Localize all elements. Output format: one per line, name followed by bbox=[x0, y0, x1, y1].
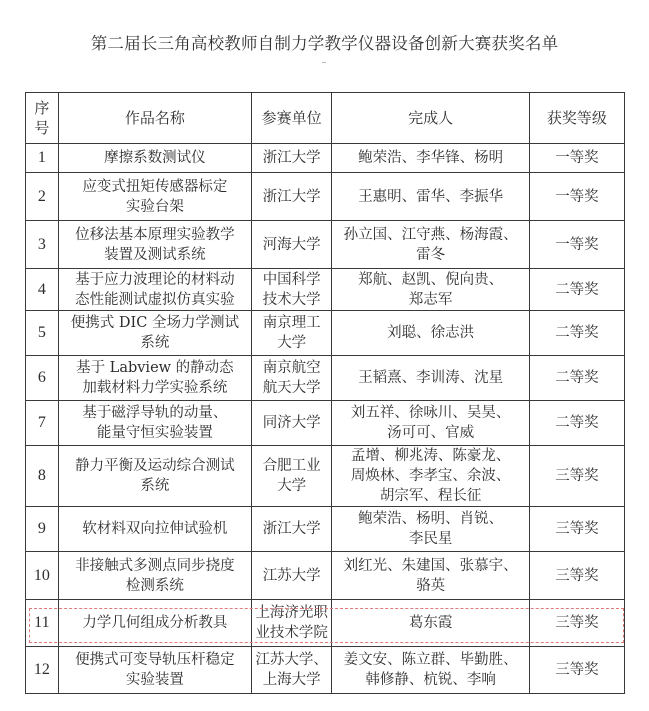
cell-unit: 江苏大学 bbox=[252, 552, 332, 600]
line: 鲍荣浩、杨明、肖锐、 bbox=[335, 509, 526, 529]
line: 大学 bbox=[255, 333, 328, 353]
cell-award: 一等奖 bbox=[529, 221, 624, 269]
cell-people: 刘红光、朱建国、张慕宇、 骆英 bbox=[332, 552, 530, 600]
table-row: 9 软材料双向拉伸试验机 浙江大学 鲍荣浩、杨明、肖锐、 李民星 三等奖 bbox=[26, 507, 625, 552]
line: 基于应力波理论的材料动 bbox=[62, 270, 248, 290]
cell-award: 一等奖 bbox=[529, 173, 624, 221]
awards-table: 序 号 作品名称 参赛单位 完成人 获奖等级 1 摩擦系数测试仪 浙江大学 鲍荣… bbox=[25, 92, 625, 694]
table-row: 4 基于应力波理论的材料动 态性能测试虚拟仿真实验 中国科学 技术大学 郑航、赵… bbox=[26, 269, 625, 311]
line: 系统 bbox=[62, 476, 248, 496]
line: 南京航空 bbox=[255, 358, 328, 378]
line: 加载材料力学实验系统 bbox=[62, 378, 248, 398]
cell-unit: 浙江大学 bbox=[252, 144, 332, 173]
table-row: 7 基于磁浮导轨的动量、 能量守恒实验装置 同济大学 刘五祥、徐咏川、吴昊、 汤… bbox=[26, 401, 625, 446]
header-people: 完成人 bbox=[332, 93, 530, 144]
cell-unit: 中国科学 技术大学 bbox=[252, 269, 332, 311]
line: 雷冬 bbox=[335, 245, 526, 265]
cell-no: 10 bbox=[26, 552, 59, 600]
line: 位移法基本原理实验教学 bbox=[62, 225, 248, 245]
cell-people: 葛东霞 bbox=[332, 600, 530, 647]
document-title: 第二届长三角高校教师自制力学教学仪器设备创新大赛获奖名单 bbox=[0, 30, 649, 54]
cell-unit: 江苏大学、 上海大学 bbox=[252, 647, 332, 694]
table-row: 12 便携式可变导轨压杆稳定 实验装置 江苏大学、 上海大学 姜文安、陈立群、毕… bbox=[26, 647, 625, 694]
line: 孟增、柳兆涛、陈豪龙、 bbox=[335, 446, 526, 466]
line: 态性能测试虚拟仿真实验 bbox=[62, 290, 248, 310]
line: 航天大学 bbox=[255, 378, 328, 398]
cell-people: 郑航、赵凯、倪向贵、 郑志军 bbox=[332, 269, 530, 311]
cell-no: 4 bbox=[26, 269, 59, 311]
cell-award: 三等奖 bbox=[529, 600, 624, 647]
table-row: 1 摩擦系数测试仪 浙江大学 鲍荣浩、李华锋、杨明 一等奖 bbox=[26, 144, 625, 173]
line: 能量守恒实验装置 bbox=[62, 423, 248, 443]
cell-award: 二等奖 bbox=[529, 311, 624, 356]
header-unit: 参赛单位 bbox=[252, 93, 332, 144]
cell-award: 二等奖 bbox=[529, 269, 624, 311]
line: 中国科学 bbox=[255, 270, 328, 290]
line: 上海济光职 bbox=[255, 603, 328, 623]
cell-people: 孟增、柳兆涛、陈豪龙、 周焕林、李孝宝、余波、 胡宗军、程长征 bbox=[332, 446, 530, 507]
table-row: 8 静力平衡及运动综合测试 系统 合肥工业 大学 孟增、柳兆涛、陈豪龙、 周焕林… bbox=[26, 446, 625, 507]
cell-unit: 南京理工 大学 bbox=[252, 311, 332, 356]
cell-name: 应变式扭矩传感器标定 实验台架 bbox=[58, 173, 251, 221]
cell-people: 鲍荣浩、李华锋、杨明 bbox=[332, 144, 530, 173]
line: 技术大学 bbox=[255, 290, 328, 310]
table-row: 2 应变式扭矩传感器标定 实验台架 浙江大学 王惠明、雷华、李振华 一等奖 bbox=[26, 173, 625, 221]
line: 大学 bbox=[255, 476, 328, 496]
line: 骆英 bbox=[335, 576, 526, 596]
cell-unit: 浙江大学 bbox=[252, 173, 332, 221]
cell-people: 王韬熹、李训涛、沈星 bbox=[332, 356, 530, 401]
line: 检测系统 bbox=[62, 576, 248, 596]
line: 应变式扭矩传感器标定 bbox=[62, 177, 248, 197]
line: 刘红光、朱建国、张慕宇、 bbox=[335, 556, 526, 576]
header-no-line: 号 bbox=[29, 118, 55, 138]
line: 基于 Labview 的静动态 bbox=[62, 358, 248, 378]
cell-no: 8 bbox=[26, 446, 59, 507]
line: 南京理工 bbox=[255, 313, 328, 333]
table-row: 10 非接触式多测点同步挠度 检测系统 江苏大学 刘红光、朱建国、张慕宇、 骆英… bbox=[26, 552, 625, 600]
line: 装置及测试系统 bbox=[62, 245, 248, 265]
table-row: 6 基于 Labview 的静动态 加载材料力学实验系统 南京航空 航天大学 王… bbox=[26, 356, 625, 401]
table-header-row: 序 号 作品名称 参赛单位 完成人 获奖等级 bbox=[26, 93, 625, 144]
cell-name: 基于 Labview 的静动态 加载材料力学实验系统 bbox=[58, 356, 251, 401]
line: 孙立国、江守燕、杨海霞、 bbox=[335, 225, 526, 245]
cell-no: 3 bbox=[26, 221, 59, 269]
table-row: 5 便携式 DIC 全场力学测试 系统 南京理工 大学 刘聪、徐志洪 二等奖 bbox=[26, 311, 625, 356]
cell-no: 2 bbox=[26, 173, 59, 221]
line: 李民星 bbox=[335, 529, 526, 549]
cell-award: 三等奖 bbox=[529, 507, 624, 552]
header-name: 作品名称 bbox=[58, 93, 251, 144]
line: 郑航、赵凯、倪向贵、 bbox=[335, 270, 526, 290]
cell-name: 位移法基本原理实验教学 装置及测试系统 bbox=[58, 221, 251, 269]
line: 便携式 DIC 全场力学测试 bbox=[62, 313, 248, 333]
table-row: 3 位移法基本原理实验教学 装置及测试系统 河海大学 孙立国、江守燕、杨海霞、 … bbox=[26, 221, 625, 269]
cell-people: 刘五祥、徐咏川、吴昊、 汤可可、官威 bbox=[332, 401, 530, 446]
line: 上海大学 bbox=[255, 670, 328, 690]
cell-unit: 合肥工业 大学 bbox=[252, 446, 332, 507]
cell-award: 一等奖 bbox=[529, 144, 624, 173]
cell-award: 三等奖 bbox=[529, 446, 624, 507]
line: 静力平衡及运动综合测试 bbox=[62, 456, 248, 476]
header-no: 序 号 bbox=[26, 93, 59, 144]
cell-name: 软材料双向拉伸试验机 bbox=[58, 507, 251, 552]
page-mark bbox=[322, 62, 326, 63]
cell-award: 二等奖 bbox=[529, 401, 624, 446]
cell-no: 5 bbox=[26, 311, 59, 356]
cell-unit: 同济大学 bbox=[252, 401, 332, 446]
line: 江苏大学、 bbox=[255, 650, 328, 670]
cell-award: 三等奖 bbox=[529, 647, 624, 694]
line: 韩修静、杭锐、李响 bbox=[335, 670, 526, 690]
line: 姜文安、陈立群、毕勤胜、 bbox=[335, 650, 526, 670]
line: 系统 bbox=[62, 333, 248, 353]
cell-people: 姜文安、陈立群、毕勤胜、 韩修静、杭锐、李响 bbox=[332, 647, 530, 694]
cell-people: 鲍荣浩、杨明、肖锐、 李民星 bbox=[332, 507, 530, 552]
cell-no: 7 bbox=[26, 401, 59, 446]
line: 实验台架 bbox=[62, 197, 248, 217]
cell-award: 三等奖 bbox=[529, 552, 624, 600]
cell-no: 6 bbox=[26, 356, 59, 401]
cell-no: 12 bbox=[26, 647, 59, 694]
line: 周焕林、李孝宝、余波、 bbox=[335, 466, 526, 486]
table-row-highlighted: 11 力学几何组成分析教具 上海济光职 业技术学院 葛东霞 三等奖 bbox=[26, 600, 625, 647]
cell-unit: 南京航空 航天大学 bbox=[252, 356, 332, 401]
cell-unit: 河海大学 bbox=[252, 221, 332, 269]
cell-name: 非接触式多测点同步挠度 检测系统 bbox=[58, 552, 251, 600]
line: 汤可可、官威 bbox=[335, 423, 526, 443]
cell-no: 11 bbox=[26, 600, 59, 647]
cell-name: 力学几何组成分析教具 bbox=[58, 600, 251, 647]
cell-name: 基于应力波理论的材料动 态性能测试虚拟仿真实验 bbox=[58, 269, 251, 311]
cell-no: 1 bbox=[26, 144, 59, 173]
line: 业技术学院 bbox=[255, 623, 328, 643]
cell-name: 静力平衡及运动综合测试 系统 bbox=[58, 446, 251, 507]
cell-no: 9 bbox=[26, 507, 59, 552]
cell-people: 王惠明、雷华、李振华 bbox=[332, 173, 530, 221]
cell-unit: 上海济光职 业技术学院 bbox=[252, 600, 332, 647]
header-no-line: 序 bbox=[29, 98, 55, 118]
cell-name: 摩擦系数测试仪 bbox=[58, 144, 251, 173]
line: 便携式可变导轨压杆稳定 bbox=[62, 650, 248, 670]
cell-name: 基于磁浮导轨的动量、 能量守恒实验装置 bbox=[58, 401, 251, 446]
cell-people: 孙立国、江守燕、杨海霞、 雷冬 bbox=[332, 221, 530, 269]
line: 合肥工业 bbox=[255, 456, 328, 476]
cell-name: 便携式 DIC 全场力学测试 系统 bbox=[58, 311, 251, 356]
line: 郑志军 bbox=[335, 290, 526, 310]
line: 刘五祥、徐咏川、吴昊、 bbox=[335, 403, 526, 423]
cell-name: 便携式可变导轨压杆稳定 实验装置 bbox=[58, 647, 251, 694]
line: 实验装置 bbox=[62, 670, 248, 690]
header-award: 获奖等级 bbox=[529, 93, 624, 144]
cell-award: 二等奖 bbox=[529, 356, 624, 401]
line: 基于磁浮导轨的动量、 bbox=[62, 403, 248, 423]
cell-people: 刘聪、徐志洪 bbox=[332, 311, 530, 356]
line: 胡宗军、程长征 bbox=[335, 486, 526, 506]
line: 非接触式多测点同步挠度 bbox=[62, 556, 248, 576]
cell-unit: 浙江大学 bbox=[252, 507, 332, 552]
